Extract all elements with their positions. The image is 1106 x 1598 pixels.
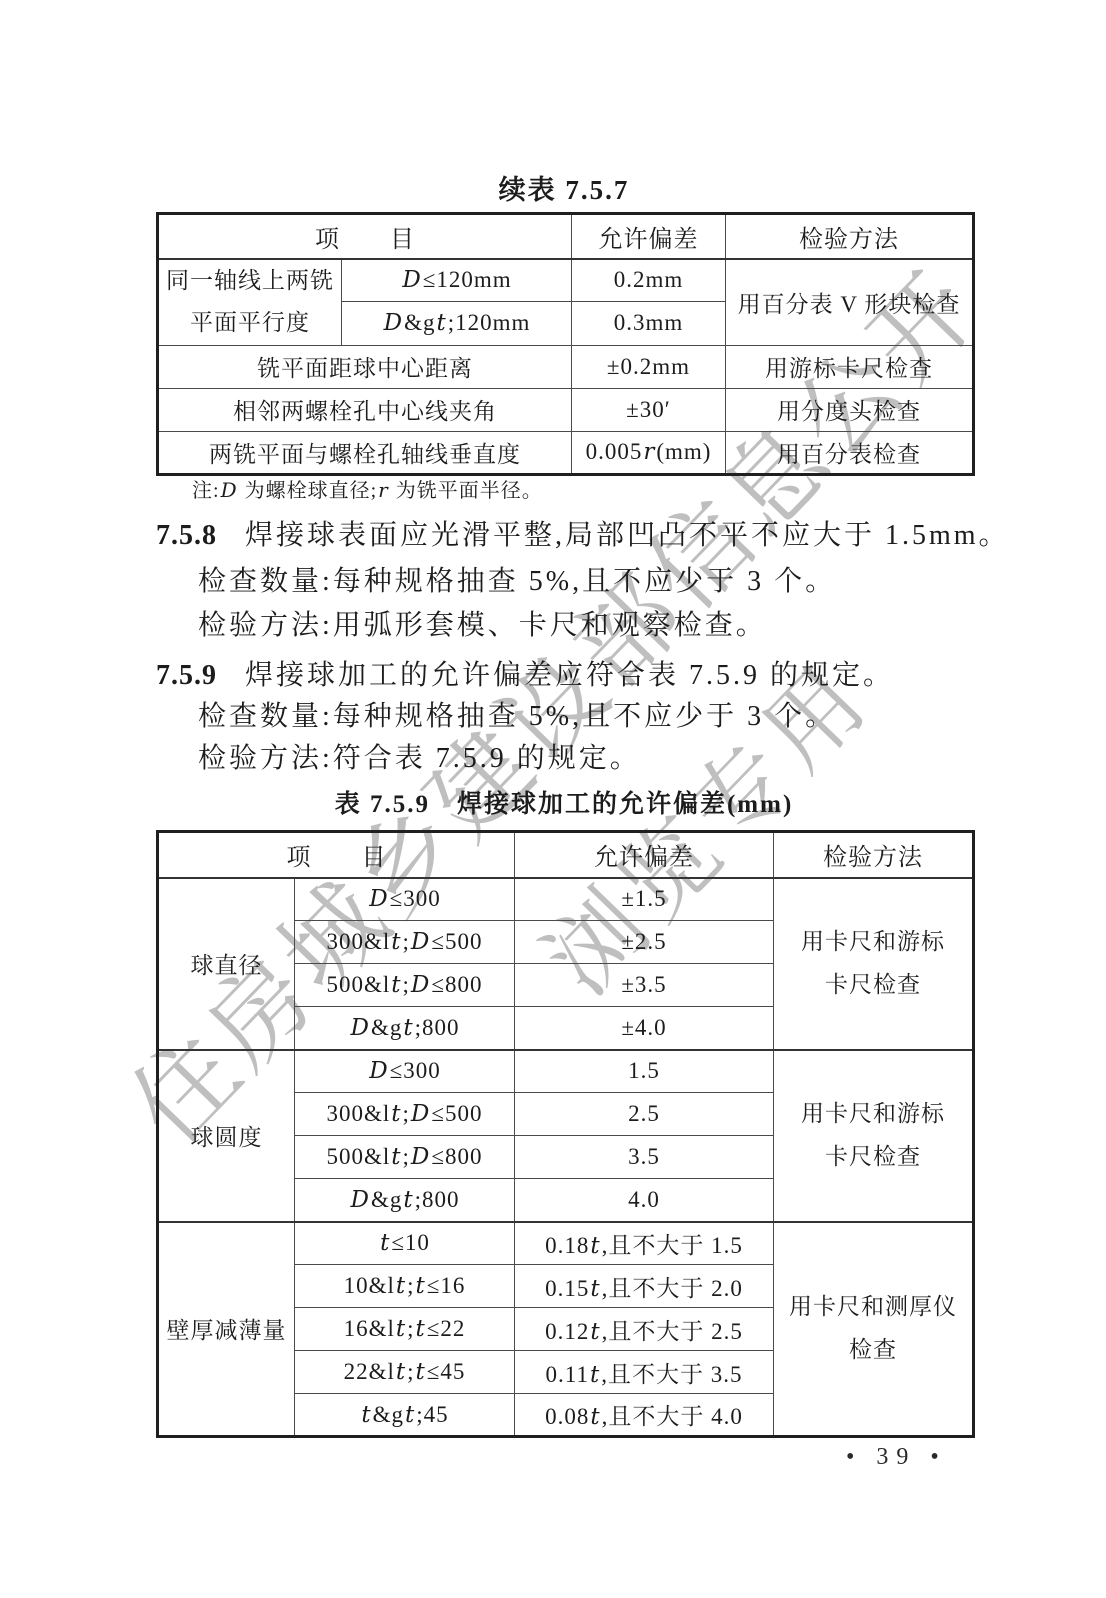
check-quantity-line: 检查数量:每种规格抽查 5%,且不应少于 3 个。 bbox=[198, 700, 836, 734]
t2-header-method: 检验方法 bbox=[774, 832, 974, 878]
t2-cond-cell: D≤300 bbox=[295, 1050, 515, 1093]
table-header-row: 项 目 允许偏差 检验方法 bbox=[158, 214, 974, 259]
t1-method-cell: 用百分表 V 形块检查 bbox=[726, 259, 974, 346]
t1-method-cell: 用分度头检查 bbox=[726, 388, 974, 431]
t2-dev-cell: 0.08t,且不大于 4.0 bbox=[515, 1394, 774, 1437]
table-row: 同一轴线上两铣 平面平行度 D≤120mm 0.2mm 用百分表 V 形块检查 bbox=[158, 259, 974, 302]
t2-method-line1: 用卡尺和游标 bbox=[774, 1093, 972, 1136]
t1-header-method: 检验方法 bbox=[726, 214, 974, 259]
t1-method-cell: 用游标卡尺检查 bbox=[726, 345, 974, 388]
t2-header-deviation: 允许偏差 bbox=[515, 832, 774, 878]
t2-cond-cell: 300&lt;D≤500 bbox=[295, 921, 515, 964]
t1-cond-cell: D≤120mm bbox=[342, 259, 572, 302]
t2-method-cell: 用卡尺和游标 卡尺检查 bbox=[774, 878, 974, 1050]
table-row: 球直径 D≤300 ±1.5 用卡尺和游标 卡尺检查 bbox=[158, 878, 974, 921]
t2-cond-cell: t≤10 bbox=[295, 1222, 515, 1265]
t1-header-deviation: 允许偏差 bbox=[572, 214, 726, 259]
t2-dev-cell: 3.5 bbox=[515, 1136, 774, 1179]
t2-cond-cell: 300&lt;D≤500 bbox=[295, 1093, 515, 1136]
t2-group-sphere-roundness: 球圆度 bbox=[158, 1050, 295, 1222]
t1-item-cell: 相邻两螺栓孔中心线夹角 bbox=[158, 388, 572, 431]
t1-cond-cell: D&gt;120mm bbox=[342, 302, 572, 345]
t1-item-parallelism-line2: 平面平行度 bbox=[159, 302, 341, 345]
t2-cond-cell: 500&lt;D≤800 bbox=[295, 964, 515, 1007]
t2-dev-cell: 4.0 bbox=[515, 1179, 774, 1222]
t2-cond-cell: 16&lt;t≤22 bbox=[295, 1308, 515, 1351]
t2-cond-cell: t&gt;45 bbox=[295, 1394, 515, 1437]
t1-item-parallelism-line1: 同一轴线上两铣 bbox=[159, 260, 341, 303]
t2-group-sphere-diameter: 球直径 bbox=[158, 878, 295, 1050]
clause-text: 焊接球加工的允许偏差应符合表 7.5.9 的规定。 bbox=[245, 660, 894, 691]
t2-method-cell: 用卡尺和游标 卡尺检查 bbox=[774, 1050, 974, 1222]
t2-group-wall-thinning: 壁厚减薄量 bbox=[158, 1222, 295, 1437]
t2-dev-cell: ±2.5 bbox=[515, 921, 774, 964]
t1-dev-cell: ±0.2mm bbox=[572, 345, 726, 388]
table-header-row: 项 目 允许偏差 检验方法 bbox=[158, 832, 974, 878]
t1-item-parallelism: 同一轴线上两铣 平面平行度 bbox=[158, 259, 342, 346]
check-method-line: 检验方法:符合表 7.5.9 的规定。 bbox=[198, 742, 641, 776]
t1-item-cell: 两铣平面与螺栓孔轴线垂直度 bbox=[158, 431, 572, 474]
t2-cond-cell: D&gt;800 bbox=[295, 1007, 515, 1050]
t2-method-cell: 用卡尺和测厚仪 检查 bbox=[774, 1222, 974, 1437]
t1-item-cell: 铣平面距球中心距离 bbox=[158, 345, 572, 388]
table-7-5-9: 项 目 允许偏差 检验方法 球直径 D≤300 ±1.5 用卡尺和游标 卡尺检查… bbox=[156, 830, 975, 1438]
table-row: 壁厚减薄量 t≤10 0.18t,且不大于 1.5 用卡尺和测厚仪 检查 bbox=[158, 1222, 974, 1265]
t2-cond-cell: D&gt;800 bbox=[295, 1179, 515, 1222]
page-number: • 39 • bbox=[846, 1444, 947, 1471]
check-method-line: 检验方法:用弧形套模、卡尺和观察检查。 bbox=[198, 609, 767, 643]
t2-dev-cell: 0.15t,且不大于 2.0 bbox=[515, 1265, 774, 1308]
t2-method-line2: 检查 bbox=[774, 1329, 972, 1372]
clause-number: 7.5.9 bbox=[156, 660, 217, 691]
t2-dev-cell: 0.18t,且不大于 1.5 bbox=[515, 1222, 774, 1265]
t1-dev-cell: 0.005r(mm) bbox=[572, 431, 726, 474]
check-quantity-line: 检查数量:每种规格抽查 5%,且不应少于 3 个。 bbox=[198, 565, 836, 599]
t2-header-item: 项 目 bbox=[158, 832, 515, 878]
table-7-5-7-continued: 项 目 允许偏差 检验方法 同一轴线上两铣 平面平行度 D≤120mm 0.2m… bbox=[156, 212, 975, 476]
t2-dev-cell: ±3.5 bbox=[515, 964, 774, 1007]
t2-method-line2: 卡尺检查 bbox=[774, 1136, 972, 1179]
t2-cond-cell: 500&lt;D≤800 bbox=[295, 1136, 515, 1179]
clause-7-5-9: 7.5.9焊接球加工的允许偏差应符合表 7.5.9 的规定。 bbox=[156, 659, 894, 693]
table-row: 球圆度 D≤300 1.5 用卡尺和游标 卡尺检查 bbox=[158, 1050, 974, 1093]
t1-method-cell: 用百分表检查 bbox=[726, 431, 974, 474]
table-7-5-9-caption: 表 7.5.9 焊接球加工的允许偏差(mm) bbox=[156, 784, 972, 820]
document-page: 续表 7.5.7 项 目 允许偏差 检验方法 同一轴线上两铣 平面平行度 D≤1… bbox=[0, 0, 1106, 1598]
clause-number: 7.5.8 bbox=[156, 520, 217, 551]
table-row: 相邻两螺栓孔中心线夹角 ±30′ 用分度头检查 bbox=[158, 388, 974, 431]
t2-dev-cell: 0.11t,且不大于 3.5 bbox=[515, 1351, 774, 1394]
continued-table-title: 续表 7.5.7 bbox=[156, 168, 972, 207]
clause-7-5-8: 7.5.8焊接球表面应光滑平整,局部凹凸不平不应大于 1.5mm。 bbox=[156, 519, 1010, 553]
t2-dev-cell: ±1.5 bbox=[515, 878, 774, 921]
t2-method-line2: 卡尺检查 bbox=[774, 964, 972, 1007]
t1-dev-cell: 0.3mm bbox=[572, 302, 726, 345]
t2-dev-cell: 2.5 bbox=[515, 1093, 774, 1136]
table-note: 注:D 为螺栓球直径;r 为铣平面半径。 bbox=[192, 477, 543, 504]
clause-text: 焊接球表面应光滑平整,局部凹凸不平不应大于 1.5mm。 bbox=[245, 520, 1010, 551]
t1-dev-cell: 0.2mm bbox=[572, 259, 726, 302]
t1-header-item: 项 目 bbox=[158, 214, 572, 259]
table-row: 铣平面距球中心距离 ±0.2mm 用游标卡尺检查 bbox=[158, 345, 974, 388]
t2-cond-cell: 22&lt;t≤45 bbox=[295, 1351, 515, 1394]
t2-cond-cell: D≤300 bbox=[295, 878, 515, 921]
table-row: 两铣平面与螺栓孔轴线垂直度 0.005r(mm) 用百分表检查 bbox=[158, 431, 974, 474]
t2-cond-cell: 10&lt;t≤16 bbox=[295, 1265, 515, 1308]
t2-dev-cell: 1.5 bbox=[515, 1050, 774, 1093]
t1-dev-cell: ±30′ bbox=[572, 388, 726, 431]
t2-dev-cell: 0.12t,且不大于 2.5 bbox=[515, 1308, 774, 1351]
t2-method-line1: 用卡尺和游标 bbox=[774, 921, 972, 964]
t2-dev-cell: ±4.0 bbox=[515, 1007, 774, 1050]
t2-method-line1: 用卡尺和测厚仪 bbox=[774, 1286, 972, 1329]
